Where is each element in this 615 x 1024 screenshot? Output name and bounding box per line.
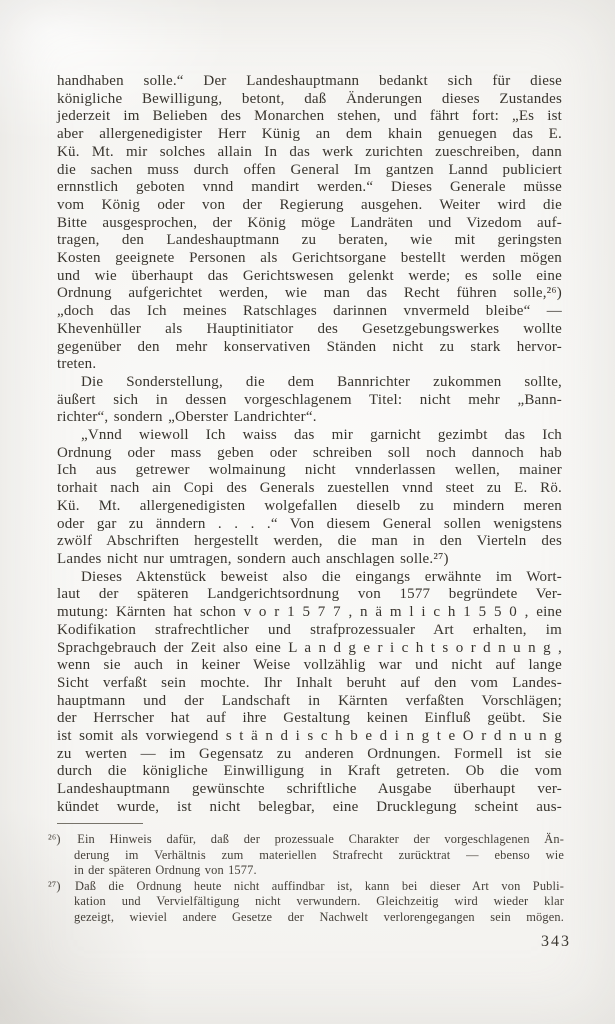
footnote-line: in der späteren Ordnung von 1577. bbox=[48, 863, 564, 879]
footnote-line: ²⁷) Daß die Ordnung heute nicht auffindb… bbox=[48, 879, 564, 895]
text-line: ist somit als vorwiegend s t ä n d i s c… bbox=[57, 728, 562, 746]
paragraph: „Vnnd wiewoll Ich waiss das mir garnicht… bbox=[57, 427, 562, 569]
footnote-divider bbox=[57, 823, 143, 824]
text-line: mutung: Kärnten hat schon v o r 1 5 7 7 … bbox=[57, 604, 562, 622]
text-line: Kü. Mt. allergenedigisten wolgefallen di… bbox=[57, 498, 562, 516]
text-line: Ordnung oder mass geben oder schreiben s… bbox=[57, 445, 562, 463]
text-line: Kü. Mt. mir solches allain In das werk z… bbox=[57, 144, 562, 162]
footnote-marker: ²⁷) bbox=[48, 879, 63, 893]
text-line: richter“, sondern „Oberster Landrichter“… bbox=[57, 409, 562, 427]
paragraph: handhaben solle.“ Der Landeshauptmann be… bbox=[57, 73, 562, 374]
footnotes: ²⁶) Ein Hinweis dafür, daß der prozessua… bbox=[48, 832, 564, 925]
text-line: gegenüber den mehr konservativen Ständen… bbox=[57, 339, 562, 357]
text-line: Dieses Aktenstück beweist also die einga… bbox=[57, 569, 562, 587]
paragraph: Dieses Aktenstück beweist also die einga… bbox=[57, 569, 562, 817]
footnote-line: ²⁶) Ein Hinweis dafür, daß der prozessua… bbox=[48, 832, 564, 848]
text-line: Die Sonderstellung, die dem Bannrichter … bbox=[57, 374, 562, 392]
body-text: handhaben solle.“ Der Landeshauptmann be… bbox=[57, 73, 562, 817]
text-line: Khevenhüller als Hauptinitiator des Gese… bbox=[57, 321, 562, 339]
text-line: oder gar zu änndern . . . .“ Von diesem … bbox=[57, 516, 562, 534]
paragraph: Die Sonderstellung, die dem Bannrichter … bbox=[57, 374, 562, 427]
text-line: Kosten geeignete Personen als Gerichtsor… bbox=[57, 250, 562, 268]
text-line: tragen, den Landeshauptmann zu beraten, … bbox=[57, 232, 562, 250]
footnote: ²⁶) Ein Hinweis dafür, daß der prozessua… bbox=[48, 832, 564, 879]
footnote-line: kation und Vervielfältigung nicht verwun… bbox=[48, 894, 564, 910]
text-line: handhaben solle.“ Der Landeshauptmann be… bbox=[57, 73, 562, 91]
text-line: der Herrscher hat auf ihre Gestaltung ke… bbox=[57, 710, 562, 728]
footnote: ²⁷) Daß die Ordnung heute nicht auffindb… bbox=[48, 879, 564, 926]
text-line: Ordnung aufgerichtet werden, wie man das… bbox=[57, 285, 562, 303]
text-line: Kodifikation strafrechtlicher und strafp… bbox=[57, 622, 562, 640]
text-line: „Vnnd wiewoll Ich waiss das mir garnicht… bbox=[57, 427, 562, 445]
text-line: Sprachgebrauch der Zeit also eine L a n … bbox=[57, 640, 562, 658]
text-line: ernnstlich geboten vnnd mandirt werden.“… bbox=[57, 179, 562, 197]
text-line: zu werten — im Gegensatz zu anderen Ordn… bbox=[57, 746, 562, 764]
text-line: torhait nach ain Copi des Generals zuest… bbox=[57, 480, 562, 498]
text-line: durch die königliche Einwilligung in Kra… bbox=[57, 763, 562, 781]
text-line: „doch das Ich meines Ratschlages darinne… bbox=[57, 303, 562, 321]
text-line: aber allergenedigister Herr Künig an dem… bbox=[57, 126, 562, 144]
text-line: hauptmann und der Landschaft in Kärnten … bbox=[57, 693, 562, 711]
book-page: handhaben solle.“ Der Landeshauptmann be… bbox=[0, 0, 615, 1024]
text-line: die sachen muss durch offen General Im g… bbox=[57, 162, 562, 180]
text-line: zwölf Abschriften hergestellt werden, di… bbox=[57, 533, 562, 551]
text-line: Bitte ausgesprochen, der König möge Land… bbox=[57, 215, 562, 233]
footnote-line: gezeigt, wieviel andere Gesetze der Nach… bbox=[48, 910, 564, 926]
text-line: königliche Bewilligung, betont, daß Ände… bbox=[57, 91, 562, 109]
text-line: Sicht verfaßt sein mochte. Ihr Inhalt be… bbox=[57, 675, 562, 693]
text-line: Landes nicht nur umtragen, sondern auch … bbox=[57, 551, 562, 569]
page-number: 343 bbox=[541, 933, 571, 951]
text-line: jederzeit im Belieben des Monarchen steh… bbox=[57, 108, 562, 126]
text-line: vom König oder von der Regierung ausgehe… bbox=[57, 197, 562, 215]
text-line: Ich aus getrewer wolmainung nicht vnnder… bbox=[57, 462, 562, 480]
text-line: wenn sie auch in keiner Weise vollzählig… bbox=[57, 657, 562, 675]
text-line: und wie überhaupt das Gerichtswesen gele… bbox=[57, 268, 562, 286]
text-line: laut der späteren Landgerichtsordnung vo… bbox=[57, 586, 562, 604]
text-line: äußert sich in dessen vorgeschlagenem Ti… bbox=[57, 392, 562, 410]
text-line: treten. bbox=[57, 356, 562, 374]
footnote-marker: ²⁶) bbox=[48, 832, 63, 846]
text-line: Landeshauptmann gewünschte schriftliche … bbox=[57, 781, 562, 799]
footnote-line: derung im Verhältnis zum materiellen Str… bbox=[48, 848, 564, 864]
text-line: kündet wurde, ist nicht belegbar, eine D… bbox=[57, 799, 562, 817]
